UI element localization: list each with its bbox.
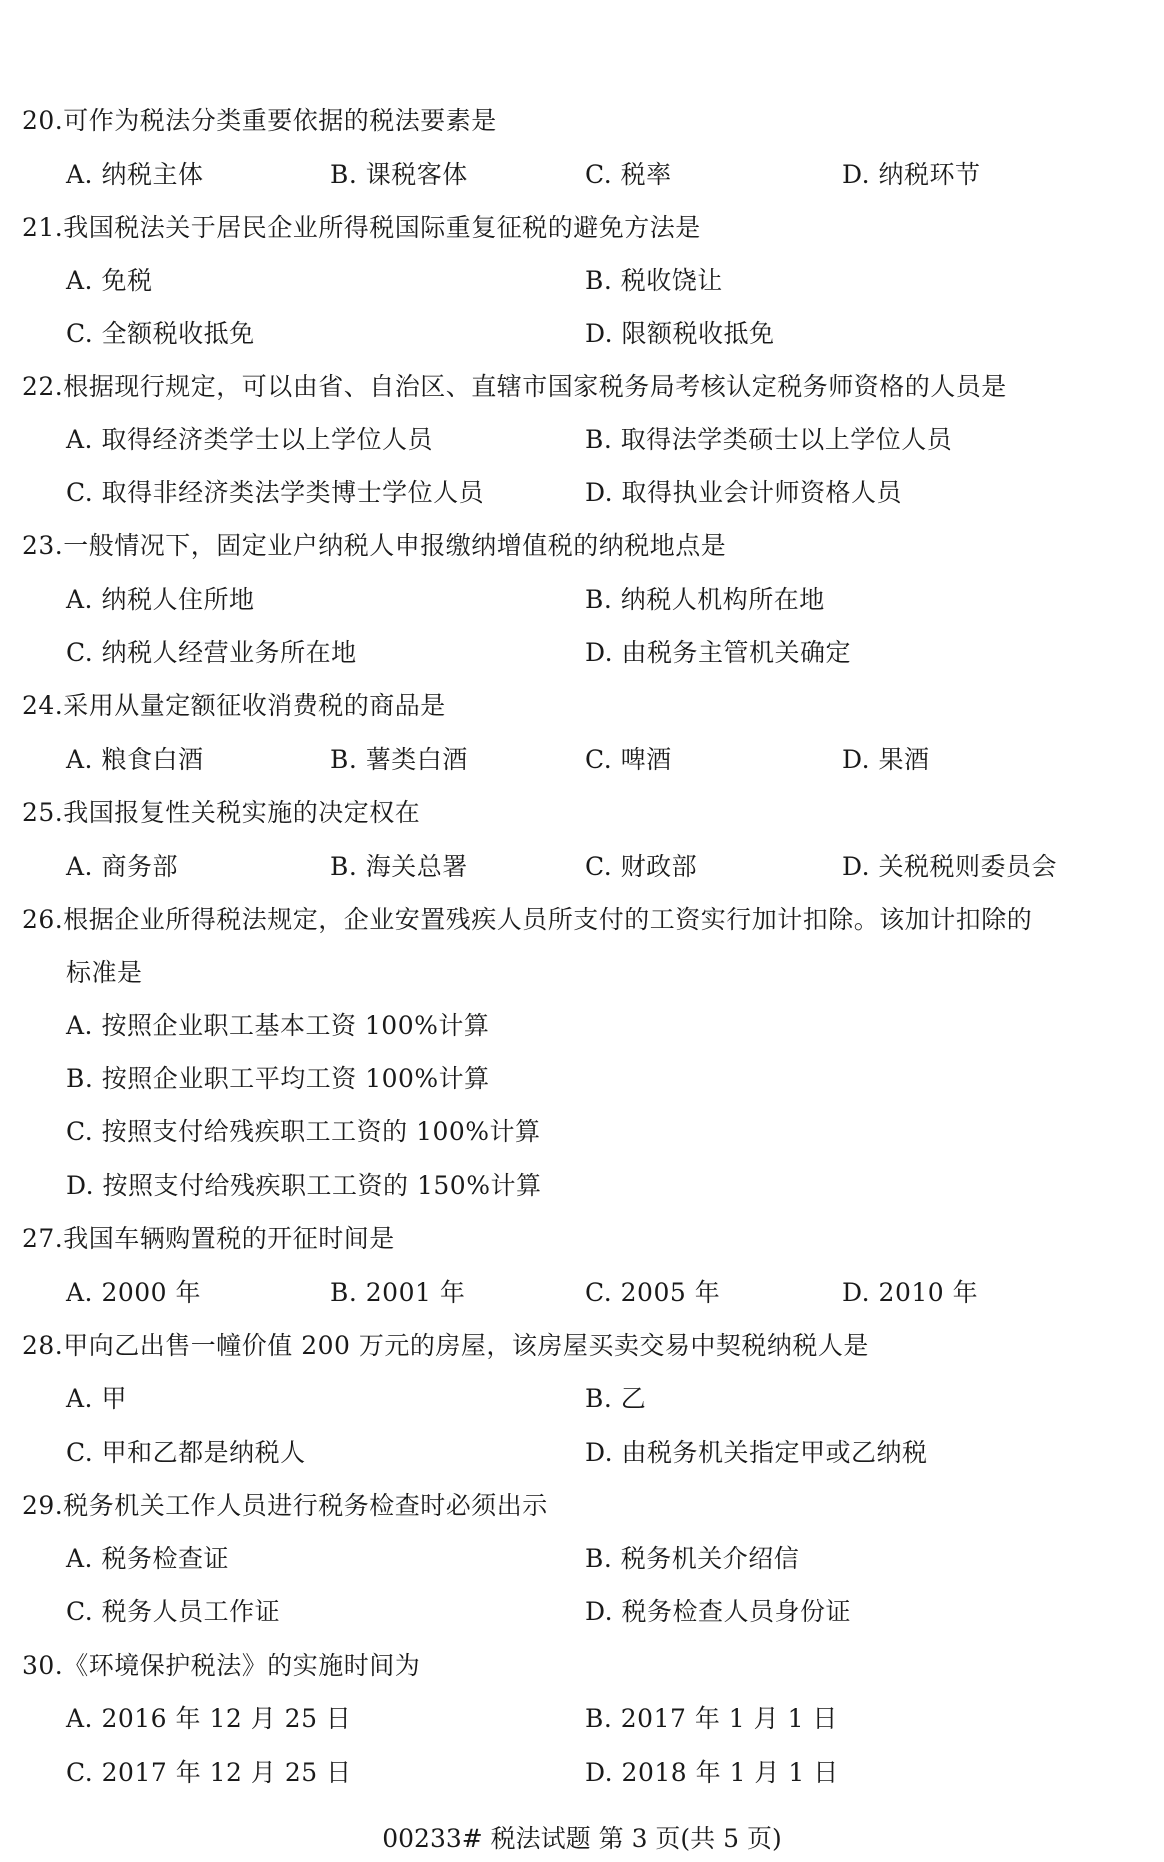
option-d: D. 按照支付给残疾职工工资的 150%计算 bbox=[66, 1171, 541, 1201]
question-stem: 税务机关工作人员进行税务检查时必须出示 bbox=[63, 1491, 548, 1520]
question-number: 28. bbox=[22, 1331, 63, 1360]
question-stem: 我国车辆购置税的开征时间是 bbox=[63, 1224, 395, 1253]
option-c: C. 财政部 bbox=[585, 852, 697, 882]
question-23: 23.一般情况下，固定业户纳税人申报缴纳增值税的纳税地点是 bbox=[22, 531, 726, 561]
question-30: 30.《环境保护税法》的实施时间为 bbox=[22, 1651, 420, 1681]
option-c: C. 取得非经济类法学类博士学位人员 bbox=[66, 478, 484, 508]
question-stem: 我国税法关于居民企业所得税国际重复征税的避免方法是 bbox=[63, 213, 701, 242]
option-c: C. 2005 年 bbox=[585, 1278, 720, 1308]
option-d: D. 限额税收抵免 bbox=[585, 319, 775, 349]
option-a: A. 2000 年 bbox=[66, 1278, 201, 1308]
question-number: 23. bbox=[22, 531, 63, 560]
question-22: 22.根据现行规定，可以由省、自治区、直辖市国家税务局考核认定税务师资格的人员是 bbox=[22, 372, 1007, 402]
option-b: B. 薯类白酒 bbox=[330, 745, 468, 775]
option-a: A. 粮食白酒 bbox=[66, 745, 203, 775]
option-d: D. 果酒 bbox=[842, 745, 930, 775]
question-25: 25.我国报复性关税实施的决定权在 bbox=[22, 798, 420, 828]
question-24: 24.采用从量定额征收消费税的商品是 bbox=[22, 691, 446, 721]
question-27: 27.我国车辆购置税的开征时间是 bbox=[22, 1224, 395, 1254]
option-c: C. 2017 年 12 月 25 日 bbox=[66, 1758, 352, 1788]
option-d: D. 由税务主管机关确定 bbox=[585, 638, 851, 668]
option-b: B. 取得法学类硕士以上学位人员 bbox=[585, 425, 952, 455]
option-c: C. 纳税人经营业务所在地 bbox=[66, 638, 357, 668]
question-number: 21. bbox=[22, 213, 63, 242]
question-stem: 根据企业所得税法规定，企业安置残疾人员所支付的工资实行加计扣除。该加计扣除的 bbox=[63, 905, 1032, 934]
question-stem: 采用从量定额征收消费税的商品是 bbox=[63, 691, 446, 720]
option-a: A. 2016 年 12 月 25 日 bbox=[66, 1704, 351, 1734]
option-d: D. 由税务机关指定甲或乙纳税 bbox=[585, 1438, 928, 1468]
exam-page: 20.可作为税法分类重要依据的税法要素是 A. 纳税主体 B. 课税客体 C. … bbox=[0, 0, 1164, 1862]
question-number: 22. bbox=[22, 372, 63, 401]
question-stem: 根据现行规定，可以由省、自治区、直辖市国家税务局考核认定税务师资格的人员是 bbox=[63, 372, 1007, 401]
question-stem: 甲向乙出售一幢价值 200 万元的房屋，该房屋买卖交易中契税纳税人是 bbox=[63, 1331, 869, 1360]
option-a: A. 纳税人住所地 bbox=[66, 585, 254, 615]
question-number: 25. bbox=[22, 798, 63, 827]
option-a: A. 按照企业职工基本工资 100%计算 bbox=[66, 1011, 489, 1041]
option-b: B. 按照企业职工平均工资 100%计算 bbox=[66, 1064, 490, 1094]
option-b: B. 乙 bbox=[585, 1384, 646, 1414]
option-a: A. 商务部 bbox=[66, 852, 178, 882]
question-stem: 可作为税法分类重要依据的税法要素是 bbox=[63, 106, 497, 135]
question-26: 26.根据企业所得税法规定，企业安置残疾人员所支付的工资实行加计扣除。该加计扣除… bbox=[22, 905, 1032, 935]
option-c: C. 按照支付给残疾职工工资的 100%计算 bbox=[66, 1117, 541, 1147]
option-c: C. 啤酒 bbox=[585, 745, 672, 775]
question-stem-continuation: 标准是 bbox=[66, 958, 143, 988]
option-c: C. 甲和乙都是纳税人 bbox=[66, 1438, 306, 1468]
question-number: 27. bbox=[22, 1224, 63, 1253]
option-b: B. 课税客体 bbox=[330, 160, 468, 190]
question-number: 24. bbox=[22, 691, 63, 720]
option-d: D. 取得执业会计师资格人员 bbox=[585, 478, 902, 508]
option-a: A. 税务检查证 bbox=[66, 1544, 229, 1574]
option-a: A. 纳税主体 bbox=[66, 160, 203, 190]
option-c: C. 全额税收抵免 bbox=[66, 319, 255, 349]
option-d: D. 2010 年 bbox=[842, 1278, 978, 1308]
option-b: B. 税收饶让 bbox=[585, 266, 723, 296]
option-a: A. 免税 bbox=[66, 266, 152, 296]
option-b: B. 海关总署 bbox=[330, 852, 468, 882]
option-b: B. 纳税人机构所在地 bbox=[585, 585, 825, 615]
option-a: A. 甲 bbox=[66, 1384, 127, 1414]
question-number: 30. bbox=[22, 1651, 63, 1680]
question-number: 29. bbox=[22, 1491, 63, 1520]
option-d: D. 税务检查人员身份证 bbox=[585, 1597, 851, 1627]
question-29: 29.税务机关工作人员进行税务检查时必须出示 bbox=[22, 1491, 548, 1521]
option-b: B. 2017 年 1 月 1 日 bbox=[585, 1704, 838, 1734]
option-c: C. 税率 bbox=[585, 160, 672, 190]
option-d: D. 关税税则委员会 bbox=[842, 852, 1057, 882]
question-28: 28.甲向乙出售一幢价值 200 万元的房屋，该房屋买卖交易中契税纳税人是 bbox=[22, 1331, 869, 1361]
option-a: A. 取得经济类学士以上学位人员 bbox=[66, 425, 433, 455]
question-number: 26. bbox=[22, 905, 63, 934]
option-c: C. 税务人员工作证 bbox=[66, 1597, 280, 1627]
page-footer: 00233# 税法试题 第 3 页(共 5 页) bbox=[0, 1824, 1164, 1854]
question-stem: 一般情况下，固定业户纳税人申报缴纳增值税的纳税地点是 bbox=[63, 531, 726, 560]
question-stem: 我国报复性关税实施的决定权在 bbox=[63, 798, 420, 827]
question-number: 20. bbox=[22, 106, 63, 135]
option-d: D. 纳税环节 bbox=[842, 160, 981, 190]
option-b: B. 2001 年 bbox=[330, 1278, 465, 1308]
option-d: D. 2018 年 1 月 1 日 bbox=[585, 1758, 839, 1788]
question-20: 20.可作为税法分类重要依据的税法要素是 bbox=[22, 106, 497, 136]
option-b: B. 税务机关介绍信 bbox=[585, 1544, 799, 1574]
question-stem: 《环境保护税法》的实施时间为 bbox=[63, 1651, 420, 1680]
question-21: 21.我国税法关于居民企业所得税国际重复征税的避免方法是 bbox=[22, 213, 701, 243]
